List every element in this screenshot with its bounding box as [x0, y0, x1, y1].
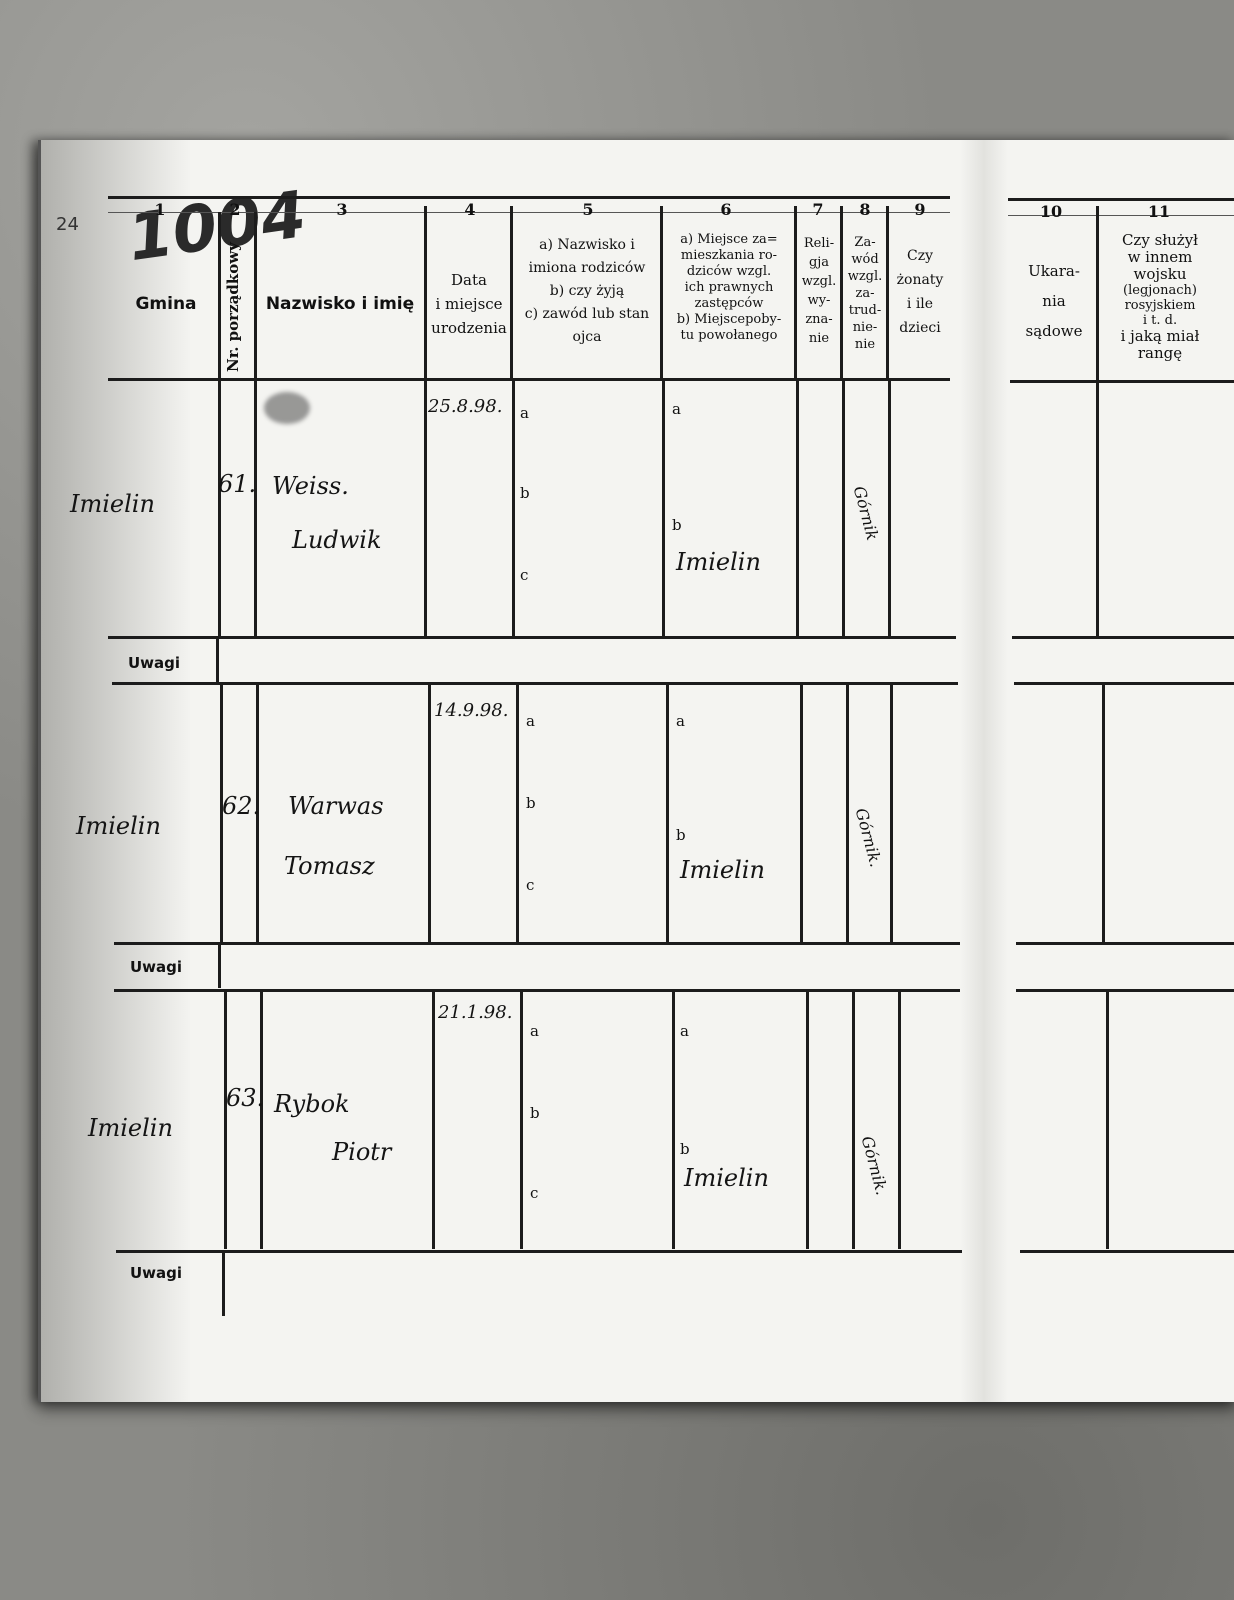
sub-label-a: a — [680, 1022, 689, 1040]
sub-label-b: b — [672, 516, 682, 534]
column-number-10: 10 — [1036, 202, 1066, 221]
sub-label-a: a — [520, 404, 529, 422]
header-rodzice: a) Nazwisko i imiona rodziców b) czy żyj… — [512, 234, 662, 349]
header-zawod: Za- wód wzgl. za- trud- nie- nie — [842, 234, 888, 353]
sub-label-b: b — [530, 1104, 540, 1122]
entry-given-name: Tomasz — [284, 852, 375, 880]
entry-birth-date: 14.9.98. — [434, 700, 508, 721]
entry-number: 63. — [226, 1084, 264, 1112]
sub-label-c: c — [520, 566, 528, 584]
sub-label-b: b — [526, 794, 536, 812]
entry-gmina: Imielin — [88, 1114, 173, 1142]
sub-label-c: c — [526, 876, 534, 894]
column-number-7: 7 — [808, 200, 828, 219]
header-nr-porzadkowy: Nr. porządkowy — [224, 242, 242, 372]
divider — [254, 212, 257, 378]
sub-label-b: b — [676, 826, 686, 844]
entry-number: 62. — [222, 792, 260, 820]
entry-surname: Warwas — [288, 792, 384, 820]
header-zonaty: Czy żonaty i ile dzieci — [888, 244, 952, 340]
header-inne-wojsko: Czy służył w innem wojsku (legjonach) ro… — [1100, 232, 1220, 362]
header-gmina: Gmina — [118, 296, 214, 313]
sub-label-a: a — [530, 1022, 539, 1040]
entry-residence: Imielin — [680, 856, 765, 884]
entry-birth-date: 21.1.98. — [438, 1002, 512, 1023]
entry-birth-date: 25.8.98. — [428, 396, 502, 417]
divider — [794, 206, 797, 378]
header-miejsce-zamieszkania: a) Miejsce za= mieszkania ro- dziców wzg… — [662, 232, 796, 344]
entry-surname: Rybok — [274, 1090, 350, 1118]
header-ukarania: Ukara- nia sądowe — [1010, 256, 1098, 346]
remarks-label: Uwagi — [130, 958, 182, 976]
divider — [886, 206, 889, 378]
column-number-11: 11 — [1144, 202, 1174, 221]
header-top-rule — [108, 196, 950, 199]
column-number-3: 3 — [332, 200, 352, 219]
header-data-urodzenia: Data i miejsce urodzenia — [428, 268, 510, 340]
sub-label-b: b — [680, 1140, 690, 1158]
sub-label-a: a — [526, 712, 535, 730]
sub-label-a: a — [676, 712, 685, 730]
remarks-label: Uwagi — [128, 654, 180, 672]
entry-residence: Imielin — [684, 1164, 769, 1192]
remarks-label: Uwagi — [130, 1264, 182, 1282]
header-bottom-rule — [108, 378, 950, 381]
header-bottom-rule-right — [1010, 380, 1234, 383]
page-gutter — [960, 140, 1008, 1402]
divider — [660, 206, 663, 378]
entry-given-name: Piotr — [332, 1138, 391, 1166]
entry-residence: Imielin — [676, 548, 761, 576]
header-top-rule-right — [1008, 198, 1234, 201]
column-number-1: 1 — [150, 200, 170, 219]
margin-page-number: 24 — [56, 214, 79, 235]
column-number-5: 5 — [578, 200, 598, 219]
ink-stain — [264, 392, 310, 424]
entry-surname: Weiss. — [272, 472, 349, 500]
divider — [1096, 206, 1099, 380]
divider — [840, 206, 843, 378]
column-number-6: 6 — [716, 200, 736, 219]
column-number-2: 2 — [225, 200, 245, 219]
entry-gmina: Imielin — [70, 490, 155, 518]
header-nazwisko-imie: Nazwisko i imię — [258, 296, 422, 313]
entry-given-name: Ludwik — [292, 526, 382, 554]
sub-label-c: c — [530, 1184, 538, 1202]
divider — [218, 212, 221, 378]
header-religja: Reli- gja wzgl. wy- zna- nie — [796, 234, 842, 348]
divider — [510, 206, 513, 378]
column-number-4: 4 — [460, 200, 480, 219]
divider — [424, 206, 427, 378]
column-number-9: 9 — [910, 200, 930, 219]
column-number-8: 8 — [855, 200, 875, 219]
sub-label-a: a — [672, 400, 681, 418]
entry-gmina: Imielin — [76, 812, 161, 840]
sub-label-b: b — [520, 484, 530, 502]
entry-number: 61. — [218, 470, 256, 498]
